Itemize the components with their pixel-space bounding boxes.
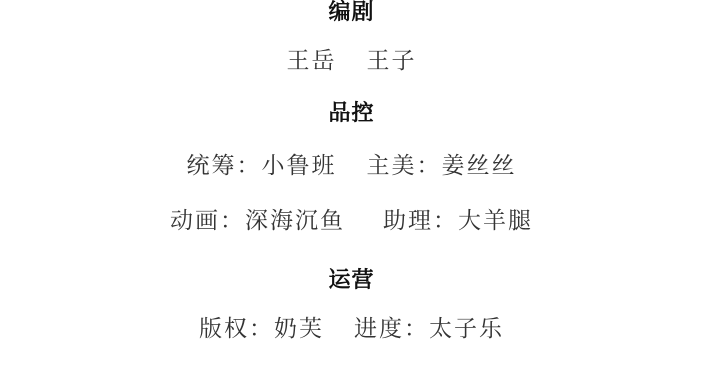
credit-entry: 动画：深海沉鱼 [170,210,345,233]
role-separator: ： [220,208,245,234]
credit-name: 姜丝丝 [442,153,517,179]
section-heading-quality-control: 品控 [0,103,703,125]
role-separator: ： [249,316,274,342]
section-heading-operations: 运营 [0,270,703,292]
credit-entry: 统筹：小鲁班 [187,155,337,178]
credit-line-screenwriters: 王岳王子 [0,50,703,73]
credit-line: 版权：奶芙进度：太子乐 [0,318,703,341]
credit-name: 奶芙 [274,316,324,342]
credit-role: 进度 [354,316,404,342]
credit-role: 统筹 [187,153,237,179]
role-separator: ： [404,316,429,342]
credit-role: 主美 [367,153,417,179]
credit-role: 助理 [383,208,433,234]
credit-role: 动画 [170,208,220,234]
credit-name: 深海沉鱼 [245,208,345,234]
role-separator: ： [417,153,442,179]
credit-name: 大羊腿 [458,208,533,234]
credit-name: 小鲁班 [262,153,337,179]
role-separator: ： [433,208,458,234]
credit-entry: 版权：奶芙 [199,318,324,341]
credit-role: 版权 [199,316,249,342]
credit-line: 统筹：小鲁班主美：姜丝丝 [0,155,703,178]
credit-entry: 进度：太子乐 [354,318,504,341]
credit-entry: 主美：姜丝丝 [367,155,517,178]
credit-line: 动画：深海沉鱼助理：大羊腿 [0,210,703,233]
role-separator: ： [237,153,262,179]
credit-name: 王岳 [287,50,337,73]
section-heading-screenwriter: 编剧 [0,2,703,24]
credit-name: 王子 [367,50,417,73]
credit-name: 太子乐 [429,316,504,342]
credit-entry: 助理：大羊腿 [383,210,533,233]
